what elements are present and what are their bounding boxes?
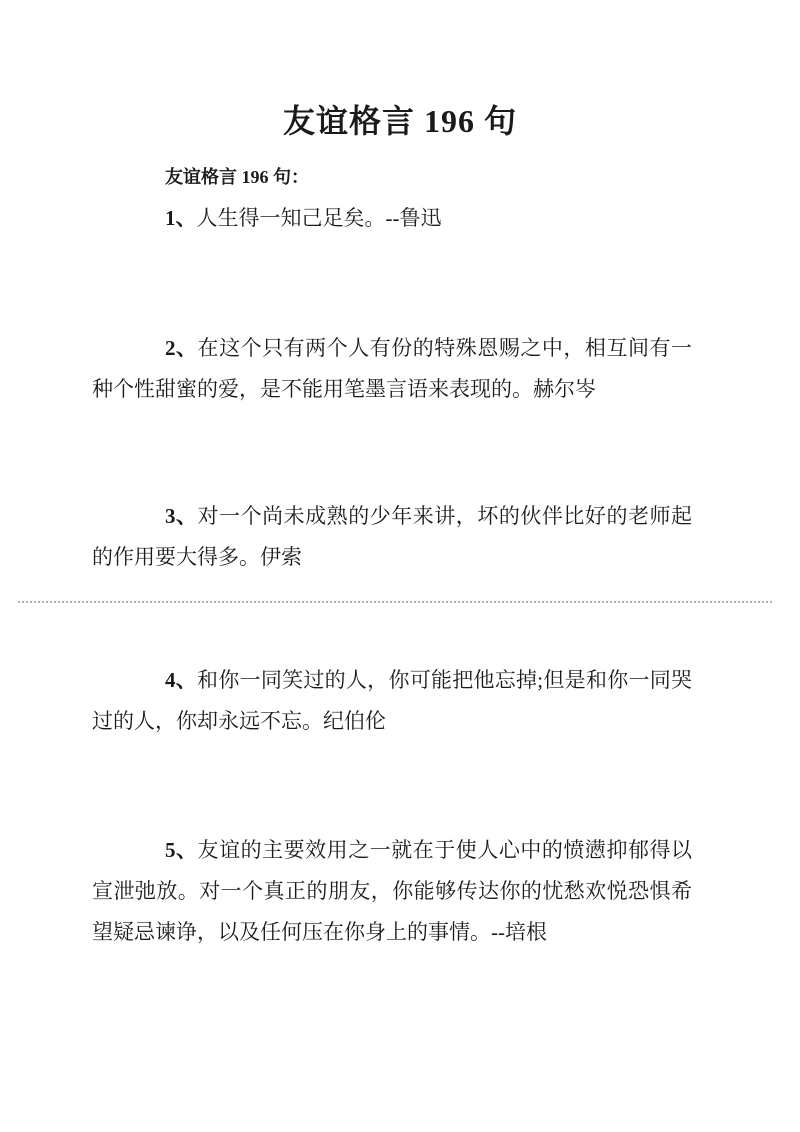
intro-line: 友谊格言 196 句： — [92, 163, 692, 191]
quote-text: 人生得一知己足矣。--鲁迅 — [197, 206, 442, 230]
quote-item-3: 3、对一个尚未成熟的少年来讲，坏的伙伴比好的老师起的作用要大得多。伊索 — [92, 496, 692, 578]
quote-item-5: 5、友谊的主要效用之一就在于使人心中的愤懑抑郁得以宣泄弛放。对一个真正的朋友，你… — [92, 830, 692, 953]
quote-item-4: 4、和你一同笑过的人，你可能把他忘掉;但是和你一同哭过的人，你却永远不忘。纪伯伦 — [92, 660, 692, 742]
quote-number: 2、 — [165, 336, 198, 360]
quote-number: 1、 — [165, 206, 197, 230]
quote-number: 5、 — [165, 838, 198, 862]
document-title: 友谊格言 196 句 — [0, 0, 800, 142]
page-break-divider — [18, 601, 772, 603]
quote-item-2: 2、在这个只有两个人有份的特殊恩赐之中，相互间有一种个性甜蜜的爱，是不能用笔墨言… — [92, 328, 692, 410]
document-page: 友谊格言 196 句 友谊格言 196 句： 1、人生得一知己足矣。--鲁迅 2… — [0, 0, 800, 1132]
quote-number: 3、 — [165, 504, 198, 528]
quote-number: 4、 — [165, 668, 197, 692]
quote-item-1: 1、人生得一知己足矣。--鲁迅 — [92, 198, 692, 239]
